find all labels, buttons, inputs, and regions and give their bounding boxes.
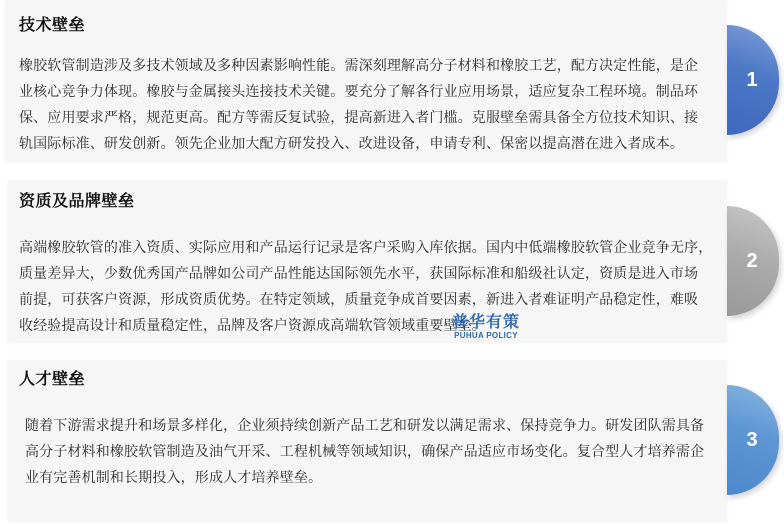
- body-line: 前提，可获客户资源，形成资质优势。在特定领域，质量竞争成首要因素，新进入者难证明…: [19, 287, 712, 313]
- body-line: 业有完善机制和长期投入，形成人才培养壁垒。: [25, 465, 704, 491]
- body-line: 橡胶软管制造涉及多技术领域及多种因素影响性能。需深刻理解高分子材料和橡胶工艺，配…: [19, 53, 698, 79]
- body-line: 保、应用要求严格，规范更高。配方等需反复试验，提高新进入者门槛。克服壁垒需具备全…: [19, 105, 698, 131]
- body-line: 业核心竞争力体现。橡胶与金属接头连接技术关键。要充分了解各行业应用场景，适应复杂…: [19, 79, 698, 105]
- badge-number: 2: [746, 250, 757, 273]
- section-card-technical-barrier: 技术壁垒 橡胶软管制造涉及多技术领域及多种因素影响性能。需深刻理解高分子材料和橡…: [5, 0, 727, 161]
- body-line: 收经验提高设计和质量稳定性，品牌及客户资源成高端软管领域重要壁垒。: [19, 313, 712, 339]
- section-card-talent-barrier: 人才壁垒 随着下游需求提升和场景多样化，企业须持续创新产品工艺和研发以满足需求、…: [8, 360, 727, 521]
- section-number-badge: 3: [727, 385, 779, 495]
- body-line: 质量差异大，少数优秀国产品牌如公司产品性能达国际领先水平，获国际标准和船级社认定…: [19, 261, 712, 287]
- body-line: 轨国际标准、研发创新。领先企业加大配方研发投入、改进设备，申请专利、保密以提高潜…: [19, 131, 698, 157]
- body-line: 高端橡胶软管的准入资质、实际应用和产品运行记录是客户采购入库依据。国内中低端橡胶…: [19, 235, 712, 261]
- section-title: 技术壁垒: [19, 12, 85, 35]
- badge-number: 3: [746, 429, 757, 452]
- body-line: 高分子材料和橡胶软管制造及油气开采、工程机械等领域知识，确保产品适应市场变化。复…: [25, 439, 704, 465]
- section-number-badge: 2: [727, 206, 779, 316]
- section-number-badge: 1: [727, 25, 779, 135]
- section-body: 橡胶软管制造涉及多技术领域及多种因素影响性能。需深刻理解高分子材料和橡胶工艺，配…: [19, 53, 698, 157]
- body-line: 随着下游需求提升和场景多样化，企业须持续创新产品工艺和研发以满足需求、保持竞争力…: [25, 413, 704, 439]
- section-title: 资质及品牌壁垒: [19, 188, 135, 211]
- section-body: 随着下游需求提升和场景多样化，企业须持续创新产品工艺和研发以满足需求、保持竞争力…: [25, 413, 704, 491]
- section-body: 高端橡胶软管的准入资质、实际应用和产品运行记录是客户采购入库依据。国内中低端橡胶…: [19, 235, 712, 339]
- section-card-qualification-brand-barrier: 资质及品牌壁垒 高端橡胶软管的准入资质、实际应用和产品运行记录是客户采购入库依据…: [8, 180, 727, 342]
- section-title: 人才壁垒: [19, 366, 85, 389]
- badge-number: 1: [746, 69, 757, 92]
